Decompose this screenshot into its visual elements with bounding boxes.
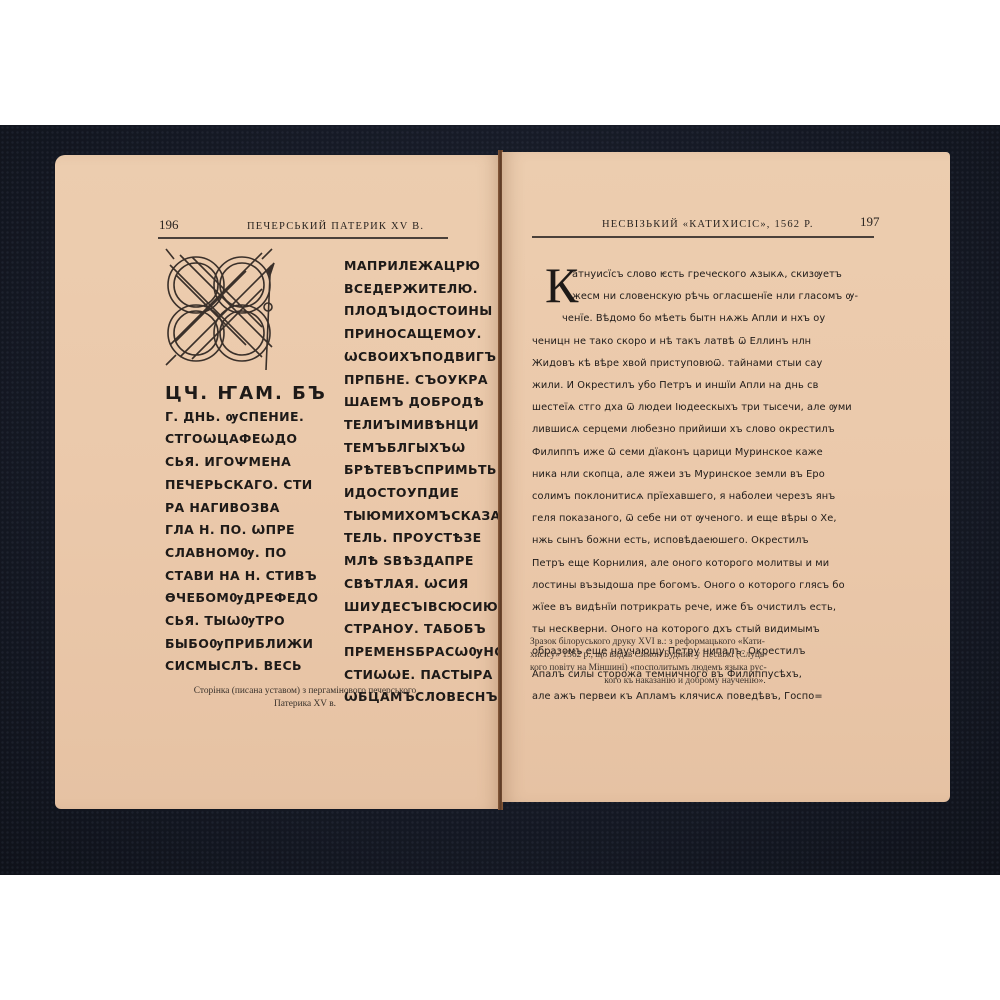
header-rule-right: [532, 236, 874, 238]
text-line: СЬЯ. ИГОѰМЕНА: [165, 451, 327, 474]
text-line: СИСМЫСЛЪ. ВЕСЬ: [165, 655, 327, 678]
left-page: 196 ПЕЧЕРСЬКИЙ ПАТЕРИК XV В. ЦЧ. ҤАМ. БЪ…: [55, 155, 501, 809]
text-line: ИДОСТОУПДИЕ: [344, 482, 505, 505]
text-line: лостины възыдоша пре богомъ. Оного о кот…: [532, 575, 858, 597]
interlace-ornament-icon: [162, 245, 284, 370]
left-caption: Сторінка (писана уставом) з пергаміновог…: [155, 685, 455, 711]
text-line: СЛАВНОМѸ. ПО: [165, 542, 327, 565]
text-line: Филиппъ иже ѿ семи дїаконъ царици Муринс…: [532, 442, 858, 464]
running-head-right: НЕСВІЗЬКИЙ «КАТИХИСІС», 1562 р.: [602, 219, 814, 230]
text-line: ПЛОДЪІДОСТОИНЫ: [344, 300, 505, 323]
caption-line: хисісу» 1562 р., що видав Симон Будний у…: [530, 649, 840, 662]
text-line: МАПРИЛЕЖАЦРЮ: [344, 255, 505, 278]
right-page: НЕСВІЗЬКИЙ «КАТИХИСІС», 1562 р. 197 К ат…: [502, 152, 950, 802]
text-line: Жидовъ кѣ вѣре хвой приступовюѿ. тайнами…: [532, 353, 858, 375]
caption-line: Патерика XV в.: [155, 698, 455, 711]
caption-line: кого повіту на Міншині) «посполитымъ люд…: [530, 662, 840, 675]
right-caption: Зразок білоруського друку XVI в.: з рефо…: [530, 636, 840, 688]
page-number-left: 196: [159, 217, 179, 233]
text-line: БЫБОѸПРИБЛИЖИ: [165, 633, 327, 656]
text-line: ЦЧ. ҤАМ. БЪ: [165, 383, 327, 406]
text-line: ТЕЛЬ. ПРОУСТѢЗЕ: [344, 527, 505, 550]
text-line: солимъ поклонитисѧ прїехавшего, я наболе…: [532, 486, 858, 508]
text-line: СТГОѠЦАФЕѠДО: [165, 428, 327, 451]
text-line: СЬЯ. ТЫѠѸТРО: [165, 610, 327, 633]
text-line: ПРИНОСАЩЕМОУ.: [344, 323, 505, 346]
header-rule-left: [158, 237, 448, 239]
text-line: Петръ еще Корнилия, але оного которого м…: [532, 553, 858, 575]
text-line: СТАВИ НА Н. СТИВЪ: [165, 565, 327, 588]
text-line: ШАЕМЪ ДОБРОДѢ: [344, 391, 505, 414]
text-line: геля показаного, ѿ себе ни от ѹченого. и…: [532, 508, 858, 530]
text-line: ПЕЧЕРЬСКАГО. СТИ: [165, 474, 327, 497]
text-line: атнуисїсъ слово ѥсть греческого ѧзыкѧ, с…: [532, 264, 858, 286]
text-line: ПРЕМЕНЅБРАСѠѸНО: [344, 641, 505, 664]
text-line: ПРПБНЕ. СЪОУКРА: [344, 369, 505, 392]
text-line: МЛѢ ЅВѢЗДАПРЕ: [344, 550, 505, 573]
text-line: жїее въ видѣнїи потрикрать рече, иже бъ …: [532, 597, 858, 619]
text-line: ѲЧЕБОМѸДРЕФЕДО: [165, 587, 327, 610]
text-line: шестеїѧ стго дха ѿ людеи Iюдеескыхъ три …: [532, 397, 858, 419]
page-number-right: 197: [860, 214, 880, 230]
left-text-column-2: МАПРИЛЕЖАЦРЮ ВСЕДЕРЖИТЕЛЮ. ПЛОДЪІДОСТОИН…: [344, 255, 505, 709]
text-line: РА НАГИВОЗВА: [165, 497, 327, 520]
text-line: ТЫЮМИХОМЪСКАЗА: [344, 505, 505, 528]
text-line: СТРАНОУ. ТАБОБЪ: [344, 618, 505, 641]
text-line: ника нли скопца, але яжеи зъ Муринское з…: [532, 464, 858, 486]
text-line: СТИѠѠЕ. ПАСТЫРА: [344, 664, 505, 687]
text-line: жили. И Окрестилъ убо Петръ и иншїи Апли…: [532, 375, 858, 397]
text-line: лившисѧ серцеми любезно прийиши хъ слово…: [532, 419, 858, 441]
text-line: ченицн не тако скоро и нѣ такъ латвѣ ѿ Е…: [532, 331, 858, 353]
text-line: жесм ни словенскую рѣчь огласшенїе нли г…: [532, 286, 858, 308]
text-line: ѠСВОИХЪПОДВИГЪ: [344, 346, 505, 369]
caption-line: кого къ наказанію и доброму наученію».: [530, 675, 840, 688]
caption-line: Зразок білоруського друку XVI в.: з рефо…: [530, 636, 840, 649]
text-line: Г. ДНЬ. ѹСПЕНИЕ.: [165, 406, 327, 429]
text-line: ТЕМЪБЛГЫХЪѠ: [344, 437, 505, 460]
text-line: БРѢТЕВЪСПРИМЬТЬ: [344, 459, 505, 482]
text-line: СВѢТЛАЯ. ѠСИЯ: [344, 573, 505, 596]
caption-line: Сторінка (писана уставом) з пергаміновог…: [155, 685, 455, 698]
text-line: ВСЕДЕРЖИТЕЛЮ.: [344, 278, 505, 301]
text-line: ШИУДЕСЪІВСЮСИЮ: [344, 596, 505, 619]
left-text-column-1: ЦЧ. ҤАМ. БЪ Г. ДНЬ. ѹСПЕНИЕ. СТГОѠЦАФЕѠД…: [165, 383, 327, 678]
text-line: ченїе. Вѣдомо бо мѣеть бытн нѧжь Апли и …: [532, 308, 858, 330]
running-head-left: ПЕЧЕРСЬКИЙ ПАТЕРИК XV В.: [247, 221, 424, 232]
text-line: але ажъ первеи къ Апламъ клячисѧ поведѣв…: [532, 686, 858, 708]
text-line: ТЕЛИЪІМИВѢНЦИ: [344, 414, 505, 437]
text-line: нжь сынъ божни есть, исповѣдаеюшего. Окр…: [532, 530, 858, 552]
text-line: ГЛА Н. ПО. ѠПРЕ: [165, 519, 327, 542]
